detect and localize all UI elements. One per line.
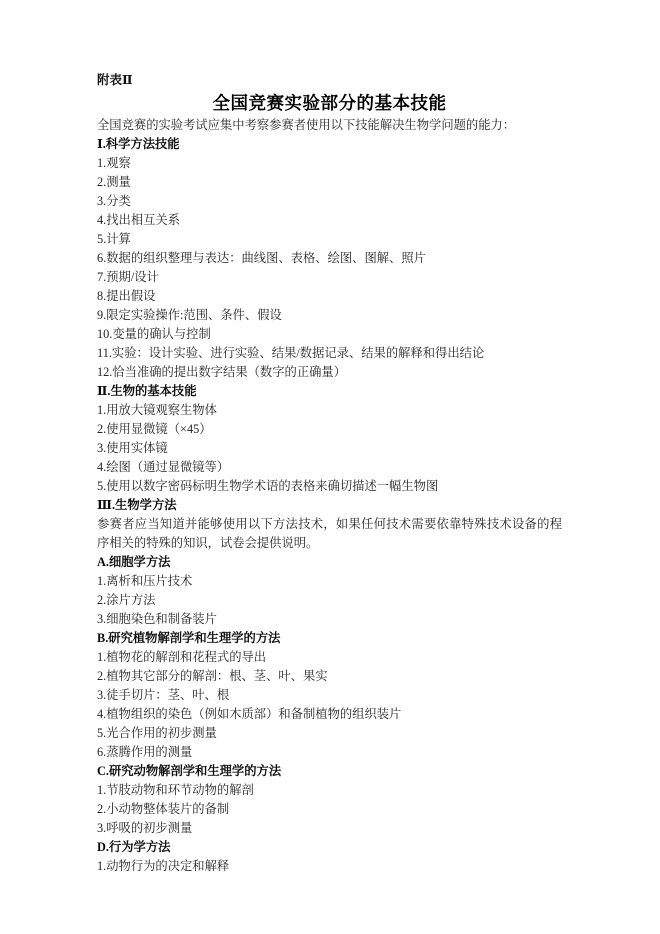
list-item: 5.计算 <box>97 230 562 249</box>
list-item: 7.预期/设计 <box>97 268 562 287</box>
page-title: 全国竞赛实验部分的基本技能 <box>97 90 562 116</box>
list-item: 5.光合作用的初步测量 <box>97 724 562 743</box>
list-item: 1.动物行为的决定和解释 <box>97 857 562 876</box>
list-item: 4.植物组织的染色（例如木质部）和备制植物的组织装片 <box>97 705 562 724</box>
list-item: 2.涂片方法 <box>97 591 562 610</box>
section-heading-science-method-skills: Ⅰ.科学方法技能 <box>97 135 562 154</box>
list-item: 11.实验：设计实验、进行实验、结果/数据记录、结果的解释和得出结论 <box>97 344 562 363</box>
list-item: 1.用放大镜观察生物体 <box>97 401 562 420</box>
list-item: 1.观察 <box>97 154 562 173</box>
list-item: 6.蒸腾作用的测量 <box>97 743 562 762</box>
subsection-heading-cytology-methods: A.细胞学方法 <box>97 553 562 572</box>
subsection-heading-ethology-methods: D.行为学方法 <box>97 838 562 857</box>
list-item: 2.使用显微镜（×45） <box>97 420 562 439</box>
list-item: 2.测量 <box>97 173 562 192</box>
list-item: 3.徒手切片：茎、叶、根 <box>97 686 562 705</box>
section-heading-biological-methods: Ⅲ.生物学方法 <box>97 496 562 515</box>
list-item: 2.植物其它部分的解剖：根、茎、叶、果实 <box>97 667 562 686</box>
appendix-label: 附表Ⅱ <box>97 70 562 90</box>
document-page: 附表Ⅱ 全国竞赛实验部分的基本技能 全国竞赛的实验考试应集中考察参赛者使用以下技… <box>0 0 660 934</box>
list-item: 2.小动物整体装片的备制 <box>97 800 562 819</box>
subsection-heading-plant-anatomy-physiology: B.研究植物解剖学和生理学的方法 <box>97 629 562 648</box>
list-item: 9.限定实验操作:范围、条件、假设 <box>97 306 562 325</box>
list-item: 12.恰当准确的提出数字结果（数字的正确量） <box>97 363 562 382</box>
list-item: 4.绘图（通过显微镜等） <box>97 458 562 477</box>
subsection-heading-animal-anatomy-physiology: C.研究动物解剖学和生理学的方法 <box>97 762 562 781</box>
list-item: 5.使用以数字密码标明生物学术语的表格来确切描述一幅生物图 <box>97 477 562 496</box>
section-paragraph: 参赛者应当知道并能够使用以下方法技术，如果任何技术需要依靠特殊技术设备的程序相关… <box>97 515 562 553</box>
list-item: 6.数据的组织整理与表达：曲线图、表格、绘图、图解、照片 <box>97 249 562 268</box>
list-item: 3.使用实体镜 <box>97 439 562 458</box>
list-item: 3.分类 <box>97 192 562 211</box>
list-item: 4.找出相互关系 <box>97 211 562 230</box>
section-heading-basic-biology-skills: Ⅱ.生物的基本技能 <box>97 382 562 401</box>
list-item: 10.变量的确认与控制 <box>97 325 562 344</box>
list-item: 1.植物花的解剖和花程式的导出 <box>97 648 562 667</box>
intro-paragraph: 全国竞赛的实验考试应集中考察参赛者使用以下技能解决生物学问题的能力： <box>97 116 562 135</box>
list-item: 8.提出假设 <box>97 287 562 306</box>
list-item: 3.呼吸的初步测量 <box>97 819 562 838</box>
list-item: 3.细胞染色和制备装片 <box>97 610 562 629</box>
list-item: 1.节肢动物和环节动物的解剖 <box>97 781 562 800</box>
list-item: 1.离析和压片技术 <box>97 572 562 591</box>
